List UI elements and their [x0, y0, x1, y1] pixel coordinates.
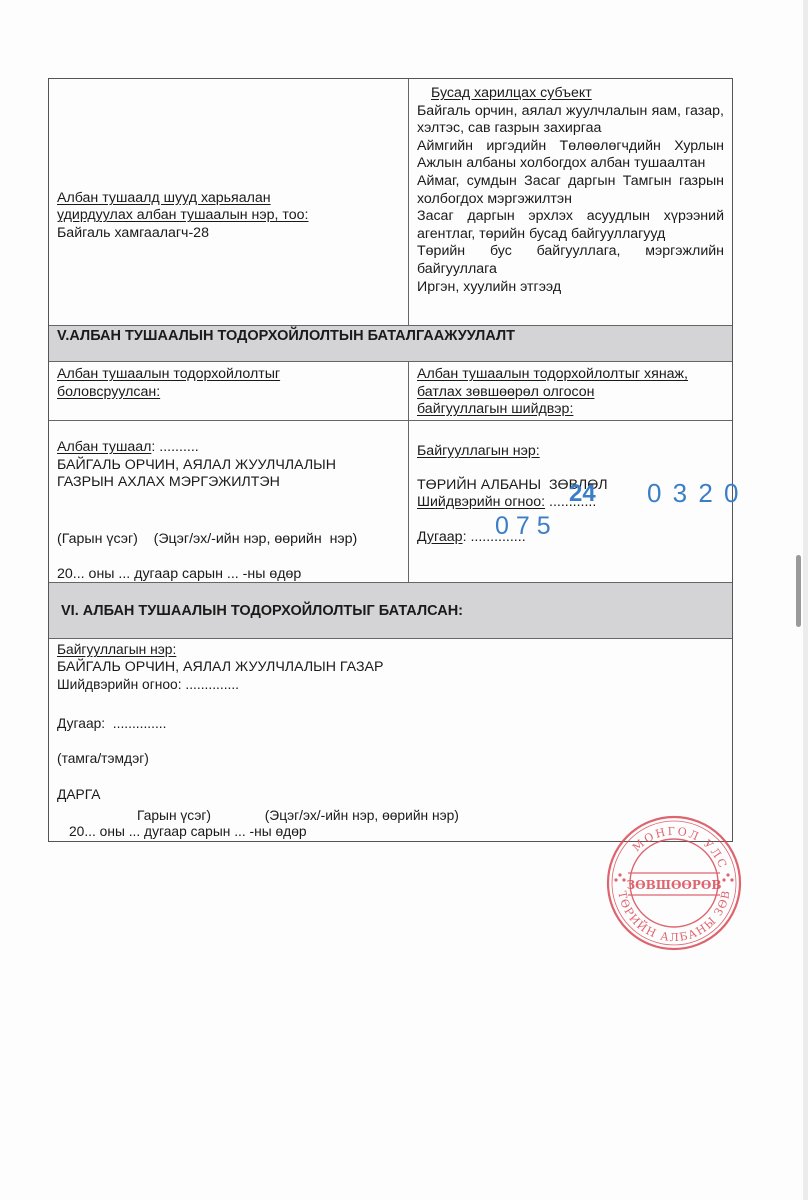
approval-decision-label-2: батлах зөвшөөрөл олгосон	[417, 384, 724, 402]
date-line: 20... оны ... дугаар сарын ... -ны өдөр	[57, 566, 301, 584]
org-label: Байгууллагын нэр:	[417, 443, 724, 461]
stamped-number: 0 7 5	[495, 518, 551, 536]
preparer-cell: Албан тушаал: .......... БАЙГАЛЬ ОРЧИН, …	[49, 421, 409, 582]
position-dots: : ..........	[151, 439, 198, 455]
decision-date-line: Шийдвэрийн огноо: ............ 24 0 3 2 …	[417, 494, 724, 512]
svg-text:ЗӨВШӨӨРӨВ: ЗӨВШӨӨРӨВ	[627, 878, 722, 892]
job-description-table: Албан тушаалд шууд харьяалан удирдуулах …	[48, 78, 733, 842]
section-vi-title: VI. АЛБАН ТУШААЛЫН ТОДОРХОЙЛОЛТЫГ БАТАЛС…	[57, 603, 463, 619]
other-party-item: Иргэн, хуулийн этгээд	[417, 279, 724, 297]
approved-number: Дугаар: ..............	[57, 715, 166, 733]
scrollbar-track[interactable]	[803, 0, 808, 1200]
approved-org-value: БАЙГАЛЬ ОРЧИН, АЯЛАЛ ЖУУЛЧЛАЛЫН ГАЗАР	[57, 659, 724, 677]
approved-by-cell: Байгууллагын нэр: БАЙГАЛЬ ОРЧИН, АЯЛАЛ Ж…	[49, 639, 732, 841]
position-label: Албан тушаал	[57, 439, 151, 455]
scrollbar-thumb[interactable]	[796, 555, 801, 627]
subordinates-label-2: удирдуулах албан тушаалын нэр, тоо:	[57, 207, 400, 225]
position-value: БАЙГАЛЬ ОРЧИН, АЯЛАЛ ЖУУЛЧЛАЛЫН	[57, 457, 400, 475]
seal-label: (тамга/тэмдэг)	[57, 750, 149, 768]
position-line: Албан тушаал: ..........	[57, 439, 400, 457]
approval-decision-cell: Албан тушаалын тодорхойлолтыг хянаж, бат…	[409, 362, 732, 420]
approval-stamp-icon: МОНГОЛ УЛС ЗӨВШӨӨРӨВ ТӨРИЙН АЛБАНЫ ЗӨВЛӨ…	[604, 813, 744, 953]
other-party-item: Аймгийн иргэдийн Төлөөлөгчдийн Хурлын Аж…	[417, 138, 724, 173]
other-parties-cell: Бусад харилцах субъект Байгаль орчин, ая…	[409, 79, 732, 325]
approved-decision-date: Шийдвэрийн огноо: ..............	[57, 676, 724, 694]
section-v-title: V.АЛБАН ТУШААЛЫН ТОДОРХОЙЛОЛТЫН БАТАЛГАА…	[57, 328, 515, 344]
signature-line: (Гарын үсэг) (Эцэг/эх/-ийн нэр, өөрийн н…	[57, 531, 357, 549]
director-title: ДАРГА	[57, 786, 101, 804]
stamped-year: 24	[569, 485, 596, 503]
subordinates-label: Албан тушаалд шууд харьяалан	[57, 190, 400, 208]
approved-date-line: 20... оны ... дугаар сарын ... -ны өдөр	[69, 823, 307, 841]
section-v-heading: V.АЛБАН ТУШААЛЫН ТОДОРХОЙЛОЛТЫН БАТАЛГАА…	[49, 326, 732, 362]
section-v-labels-row: Албан тушаалын тодорхойлолтыг боловсруул…	[49, 362, 732, 421]
decision-date-label: Шийдвэрийн огноо:	[417, 494, 545, 510]
number-label: Дугаар	[417, 529, 463, 545]
prepared-by-label: Албан тушаалын тодорхойлолтыг	[57, 366, 400, 384]
subordinates-cell: Албан тушаалд шууд харьяалан удирдуулах …	[49, 79, 409, 325]
other-party-item: Байгаль орчин, аялал жуулчлалын яам, газ…	[417, 103, 724, 138]
document-page: Албан тушаалд шууд харьяалан удирдуулах …	[0, 0, 808, 1200]
subordinates-row: Албан тушаалд шууд харьяалан удирдуулах …	[49, 79, 732, 326]
approval-decision-label-3: байгууллагын шийдвэр:	[417, 401, 724, 419]
subordinates-value: Байгаль хамгаалагч-28	[57, 225, 400, 243]
approved-signature-line: Гарын үсэг) (Эцэг/эх/-ийн нэр, өөрийн нэ…	[137, 807, 459, 825]
other-party-item: Аймаг, сумдын Засаг даргын Тамгын газрын…	[417, 173, 724, 208]
position-value-2: ГАЗРЫН АХЛАХ МЭРГЭЖИЛТЭН	[57, 474, 400, 492]
prepared-by-cell: Албан тушаалын тодорхойлолтыг боловсруул…	[49, 362, 409, 420]
approval-decision-label: Албан тушаалын тодорхойлолтыг хянаж,	[417, 366, 724, 384]
other-party-item: Төрийн бус байгууллага, мэргэжлийн байгу…	[417, 243, 724, 278]
section-vi-heading: VI. АЛБАН ТУШААЛЫН ТОДОРХОЙЛОЛТЫГ БАТАЛС…	[49, 583, 732, 639]
section-vi-body-row: Байгууллагын нэр: БАЙГАЛЬ ОРЧИН, АЯЛАЛ Ж…	[49, 639, 732, 841]
approved-org-label: Байгууллагын нэр:	[57, 641, 724, 659]
other-parties-title: Бусад харилцах субъект	[417, 85, 724, 103]
other-party-item: Засаг даргын эрхлэх асуудлын хүрээний аг…	[417, 208, 724, 243]
approver-cell: Байгууллагын нэр: ТӨРИЙН АЛБАНЫ ЗӨВЛӨЛ Ш…	[409, 421, 732, 582]
prepared-by-label-2: боловсруулсан:	[57, 384, 400, 402]
stamped-month-day: 0 3 2 0	[647, 485, 741, 503]
section-v-signatures-row: Албан тушаал: .......... БАЙГАЛЬ ОРЧИН, …	[49, 421, 732, 583]
number-line: Дугаар: .............. 0 7 5	[417, 529, 724, 547]
